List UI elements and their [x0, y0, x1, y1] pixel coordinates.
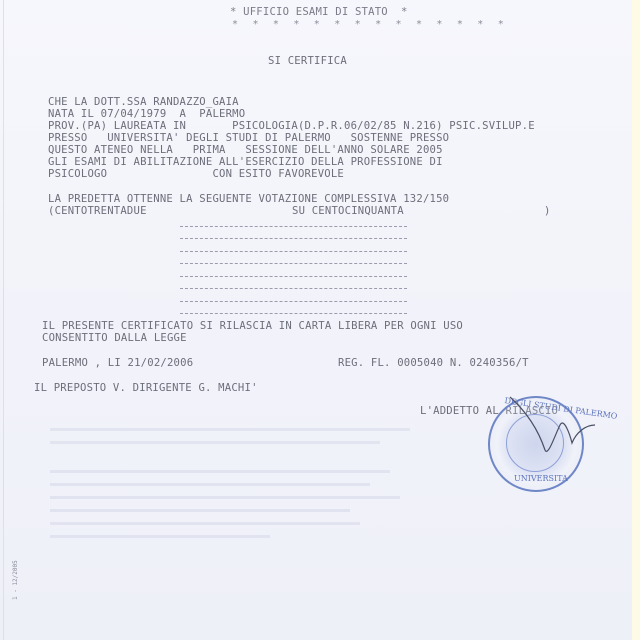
- signature-icon: [500, 395, 600, 465]
- blank-line: [180, 263, 407, 264]
- blank-line: [180, 251, 407, 252]
- certificate-heading: SI CERTIFICA: [268, 55, 347, 67]
- blank-line: [180, 313, 407, 314]
- show-through-text: [50, 470, 390, 473]
- blank-line: [180, 276, 407, 277]
- release-line-1: IL PRESENTE CERTIFICATO SI RILASCIA IN C…: [42, 320, 463, 332]
- grade-line: LA PREDETTA OTTENNE LA SEGUENTE VOTAZION…: [48, 193, 449, 205]
- place-date: PALERMO , LI 21/02/2006: [42, 357, 193, 369]
- release-line-2: CONSENTITO DALLA LEGGE: [42, 332, 187, 344]
- page-edge: [3, 0, 4, 640]
- grade-words-open: (CENTOTRENTADUE: [48, 205, 147, 217]
- show-through-text: [50, 509, 350, 512]
- scan-border: [632, 0, 640, 640]
- blank-line: [180, 226, 407, 227]
- body-line-degree: PROV.(PA) LAUREATA IN PSICOLOGIA(D.P.R.0…: [48, 120, 535, 132]
- header-stars-top: * * * * * * * * * * * * * *: [232, 0, 508, 5]
- show-through-text: [50, 428, 410, 431]
- side-code: 1 - 12/2005: [12, 560, 19, 600]
- header-stars-bottom: * * * * * * * * * * * * * *: [232, 19, 508, 30]
- show-through-text: [50, 522, 360, 525]
- body-line-exams: GLI ESAMI DI ABILITAZIONE ALL'ESERCIZIO …: [48, 156, 443, 168]
- show-through-text: [50, 535, 270, 538]
- body-line-session: QUESTO ATENEO NELLA PRIMA SESSIONE DELL'…: [48, 144, 443, 156]
- blank-line: [180, 238, 407, 239]
- show-through-text: [50, 483, 370, 486]
- signatory-left: IL PREPOSTO V. DIRIGENTE G. MACHI': [34, 382, 258, 394]
- show-through-text: [50, 496, 400, 499]
- registry-number: REG. FL. 0005040 N. 0240356/T: [338, 357, 529, 369]
- body-line-birth: NATA IL 07/04/1979 A PALERMO: [48, 108, 245, 120]
- body-line-name: CHE LA DOTT.SSA RANDAZZO_GAIA: [48, 96, 239, 108]
- grade-words-close: ): [544, 205, 551, 217]
- show-through-text: [50, 441, 380, 444]
- blank-line: [180, 301, 407, 302]
- office-title: * UFFICIO ESAMI DI STATO *: [230, 6, 408, 18]
- seal-text-bottom: UNIVERSITA: [514, 474, 568, 483]
- body-line-university: PRESSO UNIVERSITA' DEGLI STUDI DI PALERM…: [48, 132, 449, 144]
- blank-line: [180, 288, 407, 289]
- body-line-outcome: PSICOLOGO CON ESITO FAVOREVOLE: [48, 168, 344, 180]
- grade-words-mid: SU CENTOCINQUANTA: [292, 205, 404, 217]
